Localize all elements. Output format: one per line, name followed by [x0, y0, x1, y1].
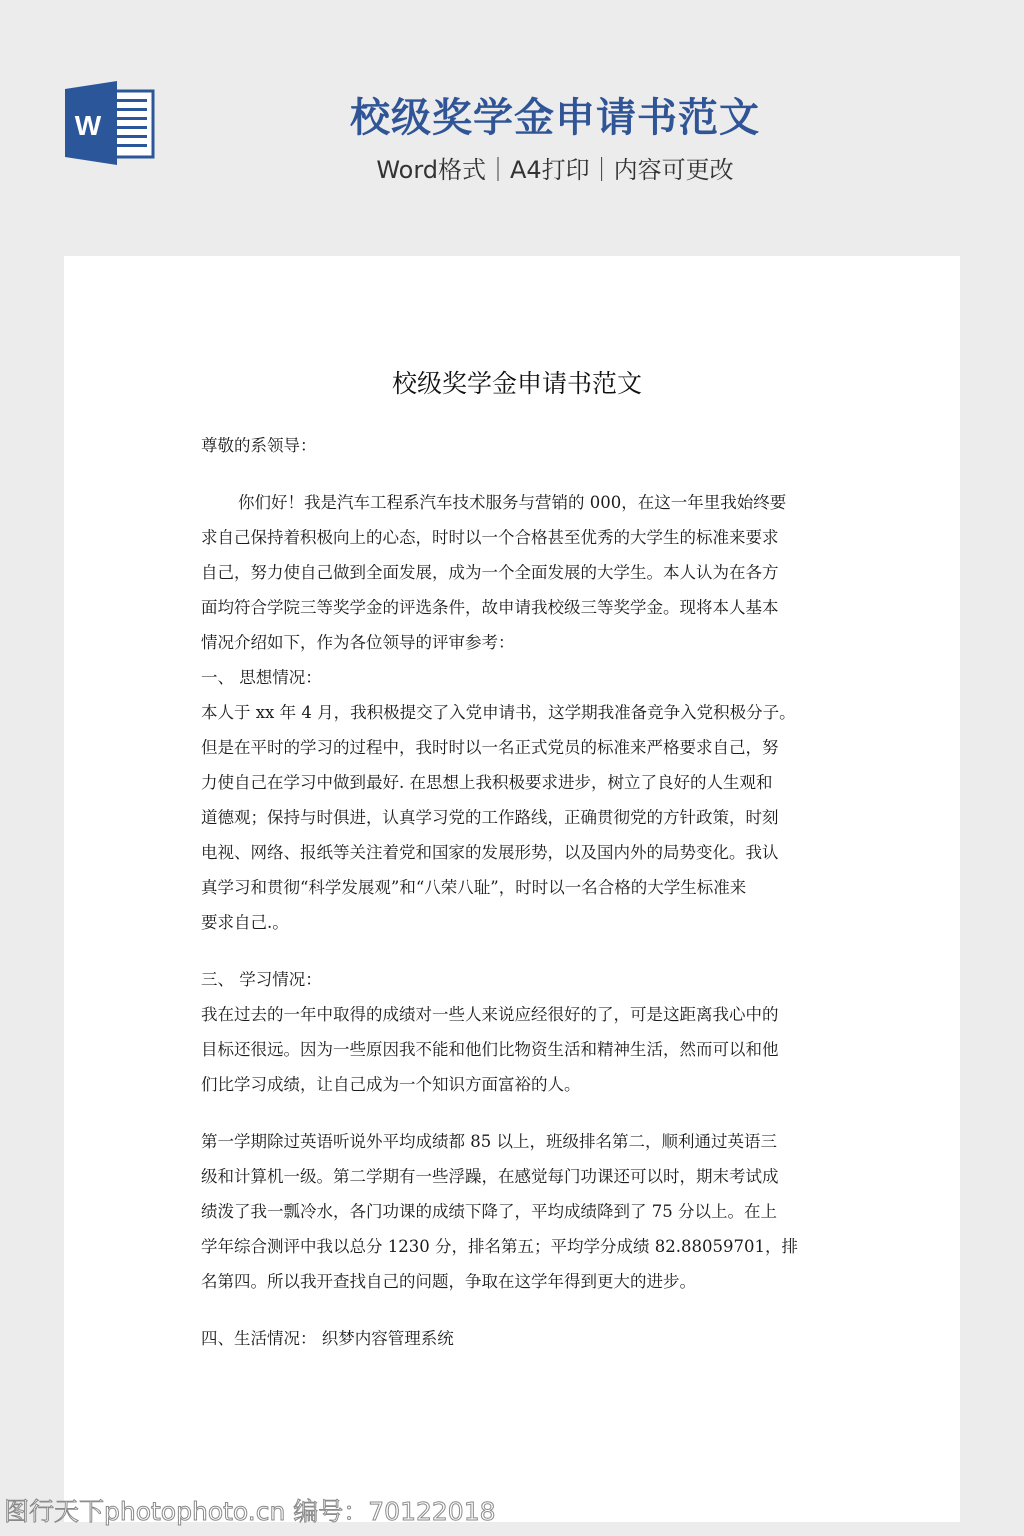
paragraph-line: 名第四。所以我开查找自己的问题，争取在这学年得到更大的进步。 [201, 1264, 833, 1299]
paragraph-line: 本人于 xx 年 4 月，我积极提交了入党申请书，这学期我准备竞争入党积极分子。 [201, 695, 833, 730]
paragraph-line: 求自己保持着积极向上的心态，时时以一个合格甚至优秀的大学生的标准来要求 [201, 520, 833, 555]
paragraph-line: 自己，努力使自己做到全面发展，成为一个全面发展的大学生。本人认为在各方 [201, 555, 833, 590]
section-life: 四、生活情况： 织梦内容管理系统 [201, 1321, 833, 1356]
section-heading: 一、 思想情况： [201, 660, 833, 695]
section-heading: 三、 学习情况： [201, 962, 833, 997]
paragraph-line: 第一学期除过英语听说外平均成绩都 85 以上，班级排名第二，顺利通过英语三 [201, 1124, 833, 1159]
paragraph-line: 电视、网络、报纸等关注着党和国家的发展形势，以及国内外的局势变化。我认 [201, 835, 833, 870]
document-title: 校级奖学金申请书范文 [201, 366, 833, 402]
paragraph-line: 但是在平时的学习的过程中，我时时以一名正式党员的标准来严格要求自己，努 [201, 730, 833, 765]
document-page: 校级奖学金申请书范文 尊敬的系领导： 你们好！我是汽车工程系汽车技术服务与营销的… [64, 256, 960, 1522]
section-study: 三、 学习情况： 我在过去的一年中取得的成绩对一些人来说应经很好的了，可是这距离… [201, 962, 833, 1299]
banner-title: 校级奖学金申请书范文 [300, 92, 810, 144]
banner-subtitle: Word格式｜A4打印｜内容可更改 [300, 152, 810, 188]
paragraph-line: 学年综合测评中我以总分 1230 分，排名第五；平均学分成绩 82.880597… [201, 1229, 833, 1264]
banner-header: W 校级奖学金申请书范文 Word格式｜A4打印｜内容可更改 [0, 0, 1024, 256]
paragraph-line: 道德观；保持与时俱进，认真学习党的工作路线，正确贯彻党的方针政策，时刻 [201, 800, 833, 835]
paragraph-line: 要求自己.。 [201, 905, 833, 940]
word-document-icon: W [65, 81, 157, 165]
paragraph-line: 情况介绍如下，作为各位领导的评审参考： [201, 625, 833, 660]
paragraph-line: 们比学习成绩，让自己成为一个知识方面富裕的人。 [201, 1067, 833, 1102]
document-body: 校级奖学金申请书范文 尊敬的系领导： 你们好！我是汽车工程系汽车技术服务与营销的… [201, 366, 833, 1356]
section-thought: 一、 思想情况： 本人于 xx 年 4 月，我积极提交了入党申请书，这学期我准备… [201, 660, 833, 940]
paragraph-line: 我在过去的一年中取得的成绩对一些人来说应经很好的了，可是这距离我心中的 [201, 997, 833, 1032]
paragraph-line: 你们好！我是汽车工程系汽车技术服务与营销的 000，在这一年里我始终要 [201, 485, 833, 520]
paragraph-line: 真学习和贯彻“科学发展观”和“八荣八耻”，时时以一名合格的大学生标准来 [201, 870, 833, 905]
paragraph-line: 面均符合学院三等奖学金的评选条件，故申请我校级三等奖学金。现将本人基本 [201, 590, 833, 625]
watermark: 图行天下photophoto.cn 编号：70122018 [4, 1492, 496, 1528]
paragraph-line: 级和计算机一级。第二学期有一些浮躁，在感觉每门功课还可以时，期末考试成 [201, 1159, 833, 1194]
intro-paragraph: 你们好！我是汽车工程系汽车技术服务与营销的 000，在这一年里我始终要 求自己保… [201, 485, 833, 660]
paragraph-line: 绩泼了我一瓢冷水，各门功课的成绩下降了，平均成绩降到了 75 分以上。在上 [201, 1194, 833, 1229]
salutation: 尊敬的系领导： [201, 428, 833, 463]
paragraph-line: 目标还很远。因为一些原因我不能和他们比物资生活和精神生活，然而可以和他 [201, 1032, 833, 1067]
paragraph-line: 力使自己在学习中做到最好. 在思想上我积极要求进步，树立了良好的人生观和 [201, 765, 833, 800]
svg-text:W: W [75, 110, 102, 141]
section-heading: 四、生活情况： 织梦内容管理系统 [201, 1321, 833, 1356]
